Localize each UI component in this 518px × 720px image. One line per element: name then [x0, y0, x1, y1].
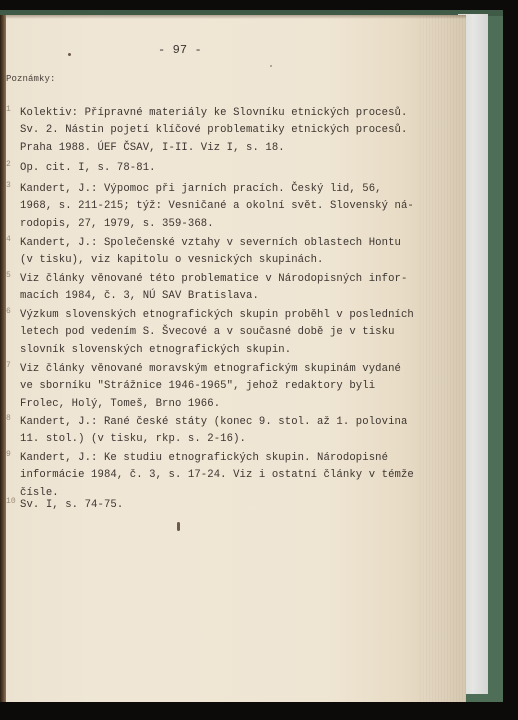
note-line: Viz články věnované moravským etnografic…: [20, 361, 401, 378]
spine-edge: [0, 15, 6, 702]
page-content: - 97 - Poznámky: 1 Kolektiv: Přípravné m…: [0, 15, 466, 702]
note-number: 2: [6, 160, 16, 169]
note-line: 1968, s. 211-215; týž: Vesničané a okoln…: [20, 198, 414, 215]
note-line: Kandert, J.: Ke studiu etnografických sk…: [20, 450, 414, 467]
note-line: informácie 1984, č. 3, s. 17-24. Viz i o…: [20, 467, 414, 484]
notes-heading: Poznámky:: [6, 74, 56, 84]
document-page: - 97 - Poznámky: 1 Kolektiv: Přípravné m…: [0, 15, 466, 702]
note-line: Kandert, J.: Rané české státy (konec 9. …: [20, 414, 407, 431]
note-line: Op. cit. I, s. 78-81.: [20, 160, 156, 177]
note-number: 1: [6, 105, 16, 114]
note-line: letech pod vedením S. Švecové a v součas…: [20, 324, 414, 341]
note-number: 4: [6, 235, 16, 244]
note-number: 10: [6, 497, 16, 506]
note-number: 3: [6, 181, 16, 190]
paper-speck: [270, 65, 272, 67]
note-line: ve sborníku "Strážnice 1946-1965", jehož…: [20, 378, 401, 395]
note-line: Viz články věnované této problematice v …: [20, 271, 407, 288]
note-number: 5: [6, 271, 16, 280]
note-line: Kandert, J.: Výpomoc při jarních pracích…: [20, 181, 414, 198]
page-top-shadow: [0, 15, 466, 19]
note-line: Kolektiv: Přípravné materiály ke Slovník…: [20, 105, 407, 122]
note-line: Frolec, Holý, Tomeš, Brno 1966.: [20, 396, 401, 413]
note-number: 9: [6, 450, 16, 459]
note-number: 7: [6, 361, 16, 370]
note-line: Kandert, J.: Společenské vztahy v severn…: [20, 235, 401, 252]
note-line: Sv. I, s. 74-75.: [20, 497, 123, 514]
note-line: macích 1984, č. 3, NÚ SAV Bratislava.: [20, 288, 407, 305]
background-bottom: [0, 702, 518, 720]
paper-speck: [177, 522, 180, 531]
note-line: Praha 1988. ÚEF ČSAV, I-II. Viz I, s. 18…: [20, 140, 407, 157]
note-line: (v tisku), viz kapitolu o vesnických sku…: [20, 252, 401, 269]
note-line: rodopis, 27, 1979, s. 359-368.: [20, 216, 414, 233]
note-line: 11. stol.) (v tisku, rkp. s. 2-16).: [20, 431, 407, 448]
paper-speck: [68, 53, 71, 56]
page-number: - 97 -: [158, 43, 202, 57]
note-number: 6: [6, 307, 16, 316]
note-line: Sv. 2. Nástin pojetí klíčové problematik…: [20, 122, 407, 139]
note-number: 8: [6, 414, 16, 423]
note-line: Výzkum slovenských etnografických skupin…: [20, 307, 414, 324]
note-line: slovník slovenských etnografických skupi…: [20, 342, 414, 359]
